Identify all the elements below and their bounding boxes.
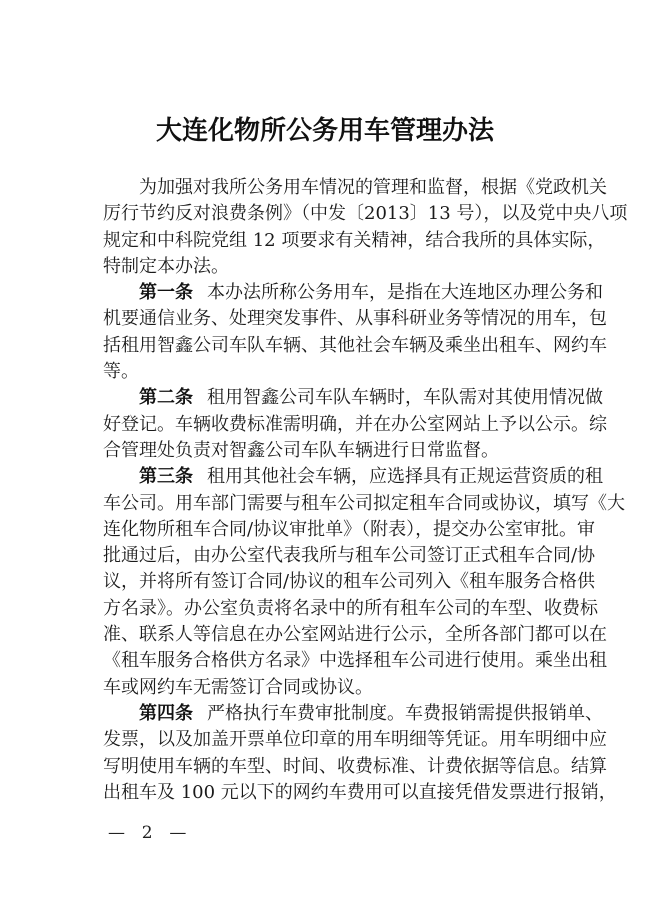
text-line: 议，并将所有签订合同/协议的租车公司列入《租车服务合格供 [103, 569, 553, 595]
article-text: 严格执行车费审批制度。车费报销需提供报销单、 [207, 703, 603, 724]
article-text: 租用智鑫公司车队车辆时，车队需对其使用情况做 [207, 387, 603, 408]
text-line: 规定和中科院党组 12 项要求有关精神，结合我所的具体实际， [103, 228, 553, 254]
text-line: 厉行节约反对浪费条例》（中发〔2013〕13 号），以及党中央八项 [103, 201, 553, 227]
text-line: 第一条本办法所称公务用车，是指在大连地区办理公务和 [103, 280, 553, 306]
text-line: 《租车服务合格供方名录》中选择租车公司进行使用。乘坐出租 [103, 648, 553, 674]
article-heading: 第四条 [139, 703, 193, 724]
text-line: 第三条租用其他社会车辆，应选择具有正规运营资质的租 [103, 464, 553, 490]
text-line: 为加强对我所公务用车情况的管理和监督，根据《党政机关 [103, 175, 553, 201]
text-line: 合管理处负责对智鑫公司车队车辆进行日常监督。 [103, 438, 553, 464]
text-line: 车公司。用车部门需要与租车公司拟定租车合同或协议，填写《大 [103, 491, 553, 517]
article-text: 租用其他社会车辆，应选择具有正规运营资质的租 [207, 466, 603, 487]
text-line: 写明使用车辆的车型、时间、收费标准、计费依据等信息。结算 [103, 754, 553, 780]
article-heading: 第二条 [139, 387, 193, 408]
article-heading: 第三条 [139, 466, 193, 487]
text-line: 机要通信业务、处理突发事件、从事科研业务等情况的用车，包 [103, 306, 553, 332]
document-title: 大连化物所公务用车管理办法 [0, 110, 650, 147]
text-line: 好登记。车辆收费标准需明确，并在办公室网站上予以公示。综 [103, 412, 553, 438]
text-line: 括租用智鑫公司车队车辆、其他社会车辆及乘坐出租车、网约车 [103, 333, 553, 359]
text-line: 特制定本办法。 [103, 254, 553, 280]
text-line: 连化物所租车合同/协议审批单》（附表），提交办公室审批。审 [103, 517, 553, 543]
article-heading: 第一条 [139, 282, 193, 303]
page-number: — 2 — [108, 823, 188, 843]
text-line: 批通过后，由办公室代表我所与租车公司签订正式租车合同/协 [103, 543, 553, 569]
article-text: 本办法所称公务用车，是指在大连地区办理公务和 [207, 282, 603, 303]
text-line: 等。 [103, 359, 553, 385]
text-line: 第二条租用智鑫公司车队车辆时，车队需对其使用情况做 [103, 385, 553, 411]
text-line: 发票，以及加盖开票单位印章的用车明细等凭证。用车明细中应 [103, 727, 553, 753]
document-body: 为加强对我所公务用车情况的管理和监督，根据《党政机关 厉行节约反对浪费条例》（中… [103, 175, 553, 806]
paragraph-article-2: 第二条租用智鑫公司车队车辆时，车队需对其使用情况做 好登记。车辆收费标准需明确，… [103, 385, 553, 464]
text-line: 出租车及 100 元以下的网约车费用可以直接凭借发票进行报销， [103, 780, 553, 806]
text-line: 车或网约车无需签订合同或协议。 [103, 675, 553, 701]
text-line: 第四条严格执行车费审批制度。车费报销需提供报销单、 [103, 701, 553, 727]
document-page: 大连化物所公务用车管理办法 为加强对我所公务用车情况的管理和监督，根据《党政机关… [0, 0, 650, 920]
paragraph-intro: 为加强对我所公务用车情况的管理和监督，根据《党政机关 厉行节约反对浪费条例》（中… [103, 175, 553, 280]
paragraph-article-1: 第一条本办法所称公务用车，是指在大连地区办理公务和 机要通信业务、处理突发事件、… [103, 280, 553, 385]
paragraph-article-3: 第三条租用其他社会车辆，应选择具有正规运营资质的租 车公司。用车部门需要与租车公… [103, 464, 553, 701]
paragraph-article-4: 第四条严格执行车费审批制度。车费报销需提供报销单、 发票，以及加盖开票单位印章的… [103, 701, 553, 806]
text-line: 方名录》。办公室负责将名录中的所有租车公司的车型、收费标 [103, 596, 553, 622]
text-line: 准、联系人等信息在办公室网站进行公示，全所各部门都可以在 [103, 622, 553, 648]
